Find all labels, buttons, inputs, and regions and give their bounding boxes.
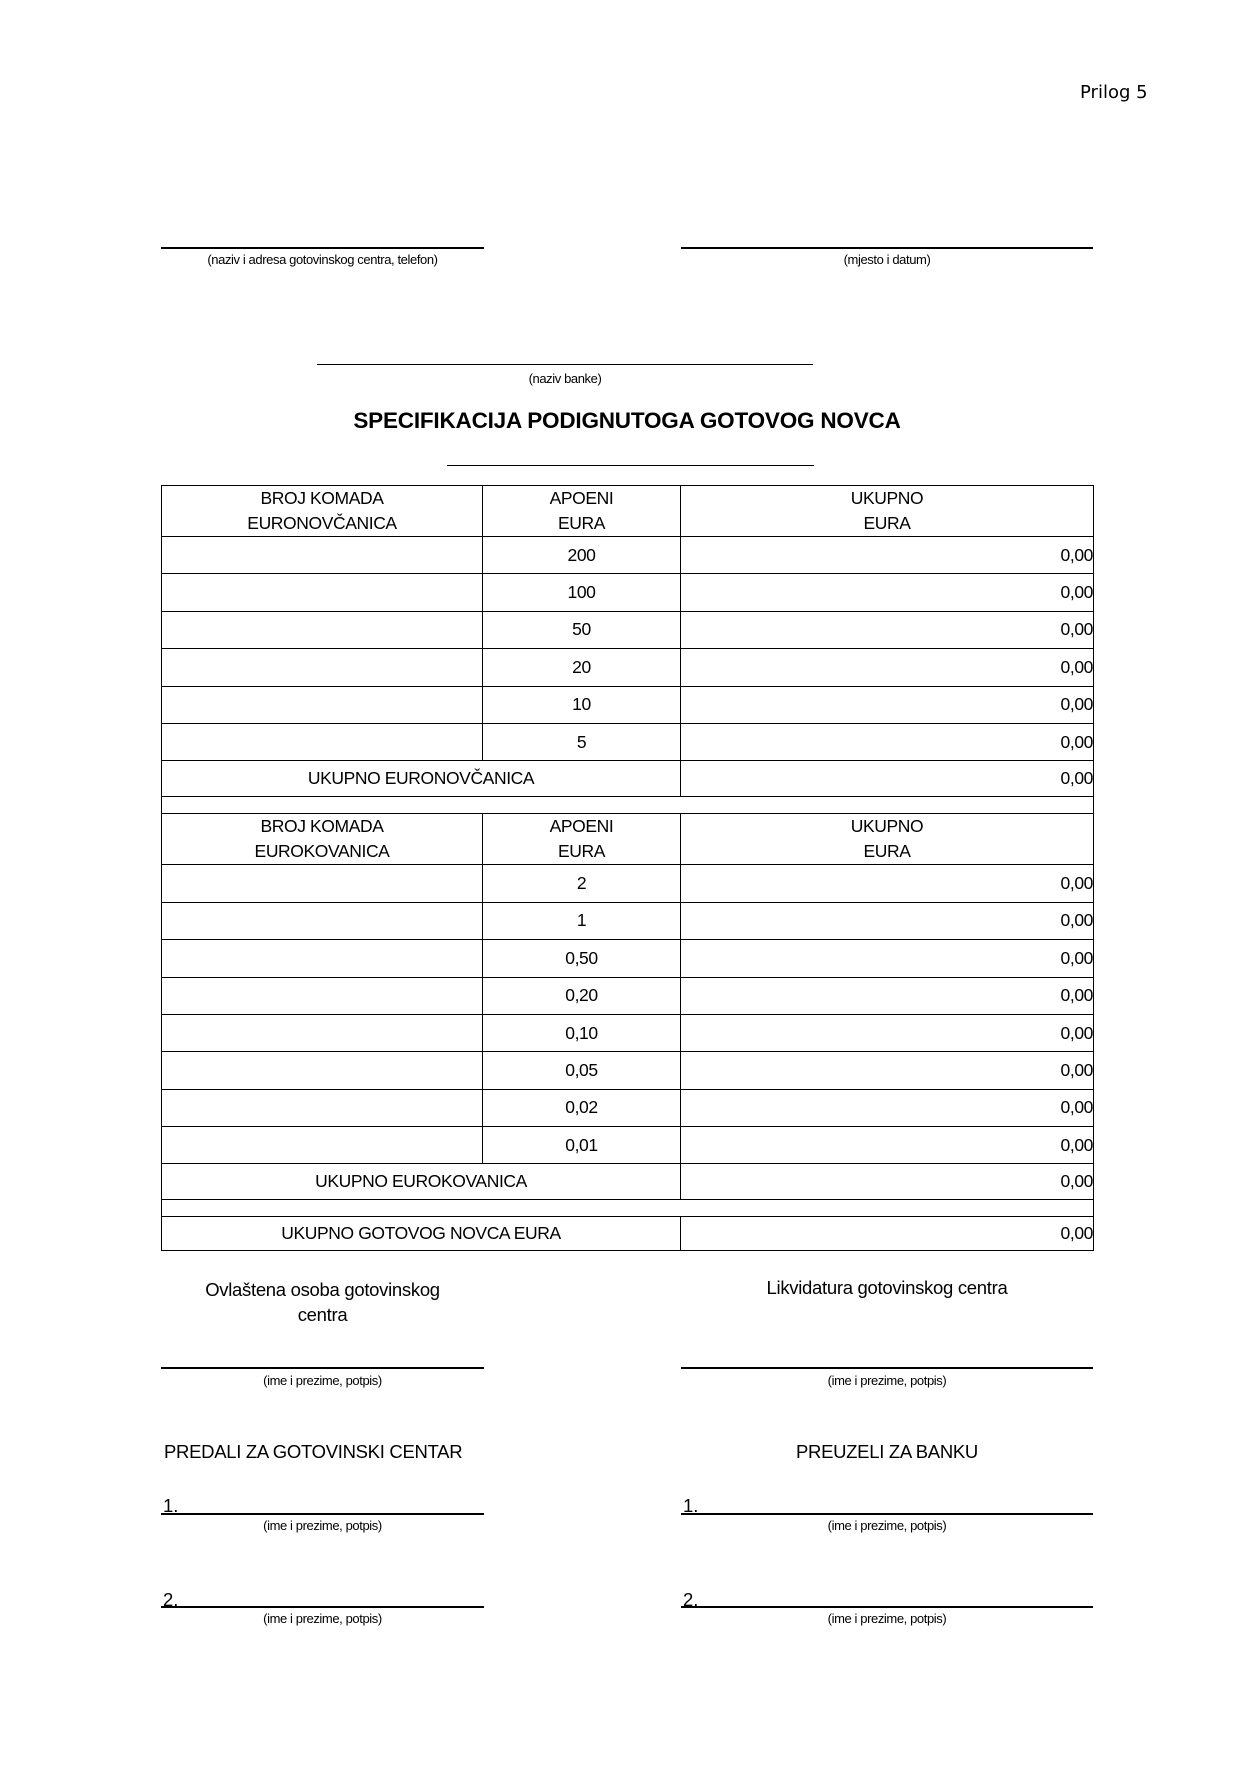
received-caption-2: (ime i prezime, potpis)	[681, 1611, 1093, 1626]
received-signature-line-2[interactable]	[681, 1606, 1093, 1608]
received-caption-1: (ime i prezime, potpis)	[681, 1518, 1093, 1533]
banknotes-subtotal-value: 0,00	[681, 761, 1094, 797]
handed-over-signature-line-1[interactable]	[161, 1513, 484, 1515]
center-name-address-line[interactable]	[161, 247, 484, 249]
banknote-denomination: 200	[483, 537, 681, 574]
banknote-total: 0,00	[681, 723, 1094, 760]
banknote-count-cell[interactable]	[162, 649, 483, 686]
coin-row: 0,50 0,00	[162, 940, 1094, 977]
banknote-count-cell[interactable]	[162, 611, 483, 648]
banknotes-subtotal-row: UKUPNO EURONOVČANICA 0,00	[162, 761, 1094, 797]
handed-over-label: PREDALI ZA GOTOVINSKI CENTAR	[164, 1441, 462, 1463]
banknote-denomination: 5	[483, 723, 681, 760]
coin-total: 0,00	[681, 865, 1094, 902]
banknotes-total-header: UKUPNO EURA	[681, 486, 1094, 537]
liquidation-signature-line[interactable]	[681, 1367, 1093, 1369]
coin-denomination: 0,50	[483, 940, 681, 977]
coin-total: 0,00	[681, 1014, 1094, 1051]
banknote-row: 10 0,00	[162, 686, 1094, 723]
coin-row: 0,05 0,00	[162, 1052, 1094, 1089]
authorized-person-label: Ovlaštena osoba gotovinskog centra	[161, 1277, 484, 1327]
coin-total: 0,00	[681, 977, 1094, 1014]
coin-total: 0,00	[681, 1127, 1094, 1164]
coin-denomination: 0,05	[483, 1052, 681, 1089]
banknote-count-cell[interactable]	[162, 686, 483, 723]
authorized-person-signature-line[interactable]	[161, 1367, 484, 1369]
document-title: SPECIFIKACIJA PODIGNUTOGA GOTOVOG NOVCA	[160, 408, 1094, 434]
banknotes-denomination-header: APOENI EURA	[483, 486, 681, 537]
grand-total-row: UKUPNO GOTOVOG NOVCA EURA 0,00	[162, 1217, 1094, 1251]
coin-denomination: 1	[483, 902, 681, 939]
coin-denomination: 0,02	[483, 1089, 681, 1126]
liquidation-label: Likvidatura gotovinskog centra	[681, 1277, 1093, 1299]
banknote-total: 0,00	[681, 537, 1094, 574]
coin-denomination: 0,20	[483, 977, 681, 1014]
coin-row: 0,02 0,00	[162, 1089, 1094, 1126]
banknote-count-cell[interactable]	[162, 574, 483, 611]
handed-over-caption-2: (ime i prezime, potpis)	[161, 1611, 484, 1626]
coin-row: 2 0,00	[162, 865, 1094, 902]
banknote-denomination: 50	[483, 611, 681, 648]
grand-total-label: UKUPNO GOTOVOG NOVCA EURA	[162, 1217, 681, 1251]
coins-subtotal-value: 0,00	[681, 1164, 1094, 1200]
banknote-total: 0,00	[681, 686, 1094, 723]
banknotes-header-row: BROJ KOMADA EURONOVČANICA APOENI EURA UK…	[162, 486, 1094, 537]
coins-header-row: BROJ KOMADA EUROKOVANICA APOENI EURA UKU…	[162, 814, 1094, 865]
banknote-denomination: 20	[483, 649, 681, 686]
spacer-row	[162, 797, 1094, 814]
place-date-line[interactable]	[681, 247, 1093, 249]
coin-denomination: 0,01	[483, 1127, 681, 1164]
coin-total: 0,00	[681, 1052, 1094, 1089]
received-label: PREUZELI ZA BANKU	[681, 1441, 1093, 1463]
banknotes-subtotal-label: UKUPNO EURONOVČANICA	[162, 761, 681, 797]
banknote-count-cell[interactable]	[162, 537, 483, 574]
grand-total-value: 0,00	[681, 1217, 1094, 1251]
coin-denomination: 0,10	[483, 1014, 681, 1051]
coin-count-cell[interactable]	[162, 940, 483, 977]
banknote-total: 0,00	[681, 574, 1094, 611]
coin-total: 0,00	[681, 1089, 1094, 1126]
coin-count-cell[interactable]	[162, 902, 483, 939]
coin-denomination: 2	[483, 865, 681, 902]
banknote-row: 200 0,00	[162, 537, 1094, 574]
coin-row: 0,01 0,00	[162, 1127, 1094, 1164]
bank-name-line[interactable]	[317, 364, 813, 365]
banknote-denomination: 10	[483, 686, 681, 723]
coins-subtotal-row: UKUPNO EUROKOVANICA 0,00	[162, 1164, 1094, 1200]
banknote-row: 100 0,00	[162, 574, 1094, 611]
attachment-label: Prilog 5	[1080, 82, 1148, 103]
banknote-total: 0,00	[681, 611, 1094, 648]
coin-row: 0,20 0,00	[162, 977, 1094, 1014]
cash-specification-table: BROJ KOMADA EURONOVČANICA APOENI EURA UK…	[161, 485, 1094, 1251]
coin-total: 0,00	[681, 902, 1094, 939]
banknote-row: 50 0,00	[162, 611, 1094, 648]
coin-count-cell[interactable]	[162, 1014, 483, 1051]
banknote-total: 0,00	[681, 649, 1094, 686]
coins-denomination-header: APOENI EURA	[483, 814, 681, 865]
banknotes-count-header: BROJ KOMADA EURONOVČANICA	[162, 486, 483, 537]
banknote-denomination: 100	[483, 574, 681, 611]
coin-total: 0,00	[681, 940, 1094, 977]
center-name-address-caption: (naziv i adresa gotovinskog centra, tele…	[161, 252, 484, 267]
bank-name-caption: (naziv banke)	[317, 371, 813, 386]
coins-count-header: BROJ KOMADA EUROKOVANICA	[162, 814, 483, 865]
authorized-person-caption: (ime i prezime, potpis)	[161, 1373, 484, 1388]
coins-subtotal-label: UKUPNO EUROKOVANICA	[162, 1164, 681, 1200]
received-signature-line-1[interactable]	[681, 1513, 1093, 1515]
coin-row: 1 0,00	[162, 902, 1094, 939]
coins-total-header: UKUPNO EURA	[681, 814, 1094, 865]
handed-over-signature-line-2[interactable]	[161, 1606, 484, 1608]
liquidation-caption: (ime i prezime, potpis)	[681, 1373, 1093, 1388]
title-underline	[447, 465, 814, 466]
coin-count-cell[interactable]	[162, 1089, 483, 1126]
coin-count-cell[interactable]	[162, 1052, 483, 1089]
coin-row: 0,10 0,00	[162, 1014, 1094, 1051]
banknote-count-cell[interactable]	[162, 723, 483, 760]
coin-count-cell[interactable]	[162, 865, 483, 902]
banknote-row: 20 0,00	[162, 649, 1094, 686]
coin-count-cell[interactable]	[162, 1127, 483, 1164]
place-date-caption: (mjesto i datum)	[681, 252, 1093, 267]
handed-over-caption-1: (ime i prezime, potpis)	[161, 1518, 484, 1533]
spacer-row	[162, 1200, 1094, 1217]
banknote-row: 5 0,00	[162, 723, 1094, 760]
coin-count-cell[interactable]	[162, 977, 483, 1014]
